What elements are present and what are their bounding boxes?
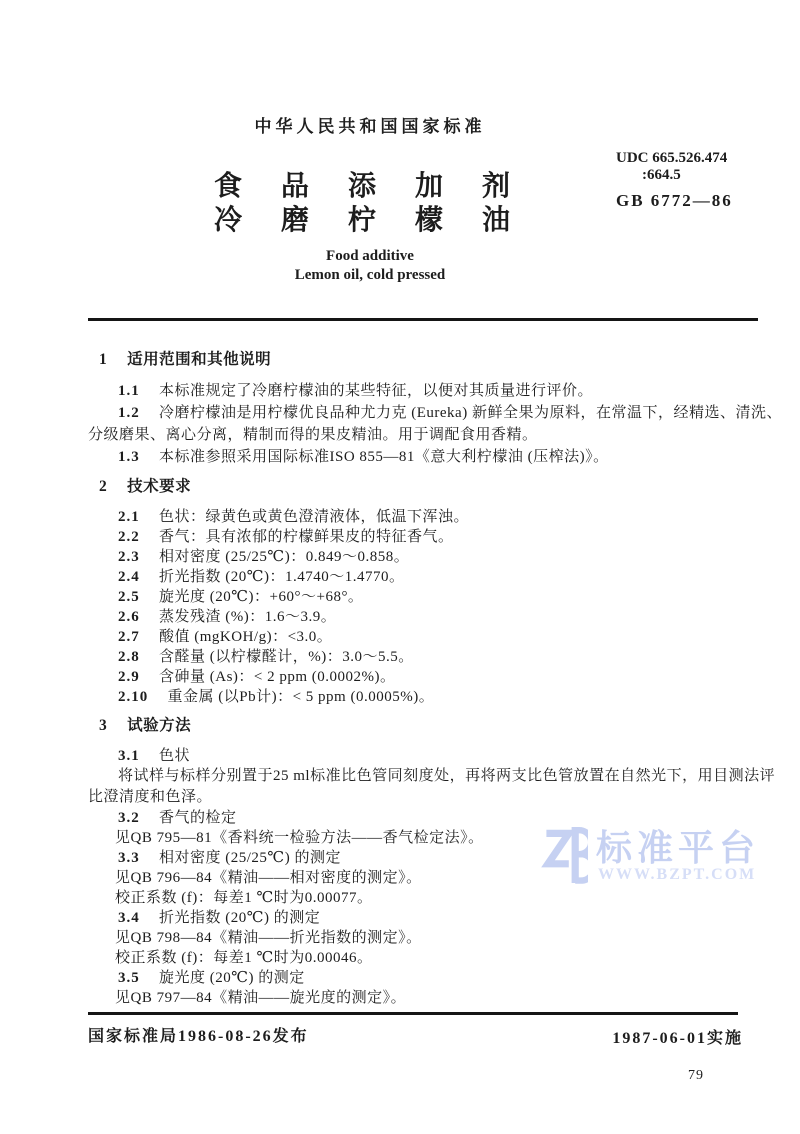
document-title-line2: 冷 磨 柠 檬 油 bbox=[200, 198, 540, 238]
english-subtitle-line2: Lemon oil, cold pressed bbox=[200, 267, 540, 284]
footer-divider-rule bbox=[88, 1012, 738, 1015]
clause-text: 技术要求 bbox=[127, 478, 191, 495]
clause-text: 香气的检定 bbox=[159, 810, 237, 826]
clause-text: 本标准参照采用国际标准ISO 855—81《意大利柠檬油 (压榨法)》。 bbox=[159, 449, 609, 465]
body-line: 见QB 798—84《精油——折光指数的测定》。 bbox=[88, 928, 778, 948]
clause-number: 2.1 bbox=[118, 509, 140, 525]
body-line: 校正系数 (f)：每差1 ℃时为0.00077。 bbox=[88, 888, 778, 908]
clause-number: 3.4 bbox=[118, 910, 140, 926]
clause-text: 分级磨果、离心分离，精制而得的果皮精油。用于调配食用香精。 bbox=[88, 427, 538, 443]
clause-text: 比澄清度和色泽。 bbox=[88, 789, 212, 805]
clause-text: 香气：具有浓郁的柠檬鲜果皮的特征香气。 bbox=[159, 529, 454, 545]
body-line: 1.1 本标准规定了冷磨柠檬油的某些特征，以便对其质量进行评价。 bbox=[88, 380, 778, 402]
clause-text: 含醛量 (以柠檬醛计，%)：3.0～5.5。 bbox=[159, 649, 414, 665]
udc-number: UDC 665.526.474 bbox=[616, 150, 727, 167]
clause-text: 相对密度 (25/25℃)：0.849～0.858。 bbox=[159, 549, 409, 565]
clause-text: 重金属 (以Pb计)：< 5 ppm (0.0005%)。 bbox=[168, 689, 435, 705]
body-line: 见QB 797—84《精油——旋光度的测定》。 bbox=[88, 988, 778, 1008]
body-line: 2.3 相对密度 (25/25℃)：0.849～0.858。 bbox=[88, 547, 778, 567]
clause-number: 1 bbox=[99, 351, 108, 368]
clause-text: 色状：绿黄色或黄色澄清液体，低温下浑浊。 bbox=[159, 509, 469, 525]
clause-number: 1.3 bbox=[118, 449, 140, 465]
body-line: 3.2 香气的检定 bbox=[88, 808, 778, 828]
clause-text: 校正系数 (f)：每差1 ℃时为0.00077。 bbox=[115, 890, 373, 906]
body-line: 2.10 重金属 (以Pb计)：< 5 ppm (0.0005%)。 bbox=[88, 687, 778, 707]
clause-text: 含砷量 (As)：< 2 ppm (0.0002%)。 bbox=[159, 669, 396, 685]
body-line: 分级磨果、离心分离，精制而得的果皮精油。用于调配食用香精。 bbox=[88, 424, 778, 446]
standard-label: 中华人民共和国国家标准 bbox=[200, 112, 540, 137]
body-line: 3.3 相对密度 (25/25℃) 的测定 bbox=[88, 848, 778, 868]
body-line: 将试样与标样分别置于25 ml标准比色管同刻度处，再将两支比色管放置在自然光下，… bbox=[88, 766, 778, 787]
body-line: 3.5 旋光度 (20℃) 的测定 bbox=[88, 968, 778, 988]
clause-text: 见QB 796—84《精油——相对密度的测定》。 bbox=[115, 870, 422, 886]
clause-text: 折光指数 (20℃)：1.4740～1.4770。 bbox=[159, 569, 405, 585]
body-line: 校正系数 (f)：每差1 ℃时为0.00046。 bbox=[88, 948, 778, 968]
body-line: 3.1 色状 bbox=[88, 746, 778, 766]
body-line: 3 试验方法 bbox=[88, 716, 778, 736]
body-line: 2.6 蒸发残渣 (%)：1.6～3.9。 bbox=[88, 607, 778, 627]
body-line: 见QB 795—81《香料统一检验方法——香气检定法》。 bbox=[88, 828, 778, 848]
clause-number: 2.7 bbox=[118, 629, 140, 645]
clause-number: 2.8 bbox=[118, 649, 140, 665]
body-line: 2.8 含醛量 (以柠檬醛计，%)：3.0～5.5。 bbox=[88, 647, 778, 667]
body-line: 2.4 折光指数 (20℃)：1.4740～1.4770。 bbox=[88, 567, 778, 587]
clause-number: 3.2 bbox=[118, 810, 140, 826]
body-line: 2.1 色状：绿黄色或黄色澄清液体，低温下浑浊。 bbox=[88, 507, 778, 527]
clause-text: 冷磨柠檬油是用柠檬优良品种尤力克 (Eureka) 新鲜全果为原料，在常温下，经… bbox=[159, 405, 782, 421]
body-line: 1 适用范围和其他说明 bbox=[88, 350, 778, 370]
clause-text: 折光指数 (20℃) 的测定 bbox=[159, 910, 320, 926]
clause-number: 1.2 bbox=[118, 405, 140, 421]
header-divider-rule bbox=[88, 318, 758, 321]
clause-text: 试验方法 bbox=[127, 717, 191, 734]
clause-number: 3 bbox=[99, 717, 108, 734]
clause-text: 色状 bbox=[159, 748, 190, 764]
body-line: 见QB 796—84《精油——相对密度的测定》。 bbox=[88, 868, 778, 888]
clause-text: 见QB 798—84《精油——折光指数的测定》。 bbox=[115, 930, 422, 946]
clause-text: 旋光度 (20℃)：+60°～+68°。 bbox=[159, 589, 363, 605]
body-line: 1.3 本标准参照采用国际标准ISO 855—81《意大利柠檬油 (压榨法)》。 bbox=[88, 446, 778, 468]
english-subtitle-line1: Food additive bbox=[200, 248, 540, 265]
clause-number: 2.4 bbox=[118, 569, 140, 585]
body-line: 2.9 含砷量 (As)：< 2 ppm (0.0002%)。 bbox=[88, 667, 778, 687]
body-line: 2.7 酸值 (mgKOH/g)：<3.0。 bbox=[88, 627, 778, 647]
body-line: 2.2 香气：具有浓郁的柠檬鲜果皮的特征香气。 bbox=[88, 527, 778, 547]
clause-text: 适用范围和其他说明 bbox=[127, 351, 271, 368]
body-line: 3.4 折光指数 (20℃) 的测定 bbox=[88, 908, 778, 928]
clause-number: 2.6 bbox=[118, 609, 140, 625]
clause-number: 1.1 bbox=[118, 383, 140, 399]
clause-number: 2.5 bbox=[118, 589, 140, 605]
page-number: 79 bbox=[688, 1068, 704, 1084]
clause-number: 3.3 bbox=[118, 850, 140, 866]
clause-text: 蒸发残渣 (%)：1.6～3.9。 bbox=[159, 609, 336, 625]
document-body: 1 适用范围和其他说明 1.1 本标准规定了冷磨柠檬油的某些特征，以便对其质量进… bbox=[88, 336, 778, 1008]
clause-number: 3.5 bbox=[118, 970, 140, 986]
clause-text: 校正系数 (f)：每差1 ℃时为0.00046。 bbox=[115, 950, 373, 966]
clause-text: 酸值 (mgKOH/g)：<3.0。 bbox=[159, 629, 332, 645]
footer-implementation-date: 1987-06-01实施 bbox=[612, 1025, 743, 1048]
clause-text: 见QB 797—84《精油——旋光度的测定》。 bbox=[115, 990, 406, 1006]
clause-text: 旋光度 (20℃) 的测定 bbox=[159, 970, 305, 986]
clause-text: 本标准规定了冷磨柠檬油的某些特征，以便对其质量进行评价。 bbox=[159, 383, 593, 399]
body-line: 比澄清度和色泽。 bbox=[88, 787, 778, 808]
clause-number: 2.2 bbox=[118, 529, 140, 545]
clause-number: 3.1 bbox=[118, 748, 140, 764]
body-line: 2.5 旋光度 (20℃)：+60°～+68°。 bbox=[88, 587, 778, 607]
clause-text: 见QB 795—81《香料统一检验方法——香气检定法》。 bbox=[115, 830, 484, 846]
standard-code: GB 6772—86 bbox=[616, 191, 733, 211]
clause-number: 2 bbox=[99, 478, 108, 495]
udc-number-secondary: :664.5 bbox=[616, 167, 727, 184]
clause-text: 将试样与标样分别置于25 ml标准比色管同刻度处，再将两支比色管放置在自然光下，… bbox=[118, 768, 775, 784]
document-page: 中华人民共和国国家标准 UDC 665.526.474 :664.5 食 品 添… bbox=[0, 0, 800, 1134]
clause-text: 相对密度 (25/25℃) 的测定 bbox=[159, 850, 341, 866]
clause-number: 2.3 bbox=[118, 549, 140, 565]
udc-block: UDC 665.526.474 :664.5 bbox=[616, 150, 727, 184]
clause-number: 2.10 bbox=[118, 689, 148, 705]
body-line: 1.2 冷磨柠檬油是用柠檬优良品种尤力克 (Eureka) 新鲜全果为原料，在常… bbox=[88, 402, 778, 424]
footer-issued-date: 国家标准局1986-08-26发布 bbox=[88, 1023, 309, 1046]
body-line: 2 技术要求 bbox=[88, 477, 778, 497]
clause-number: 2.9 bbox=[118, 669, 140, 685]
